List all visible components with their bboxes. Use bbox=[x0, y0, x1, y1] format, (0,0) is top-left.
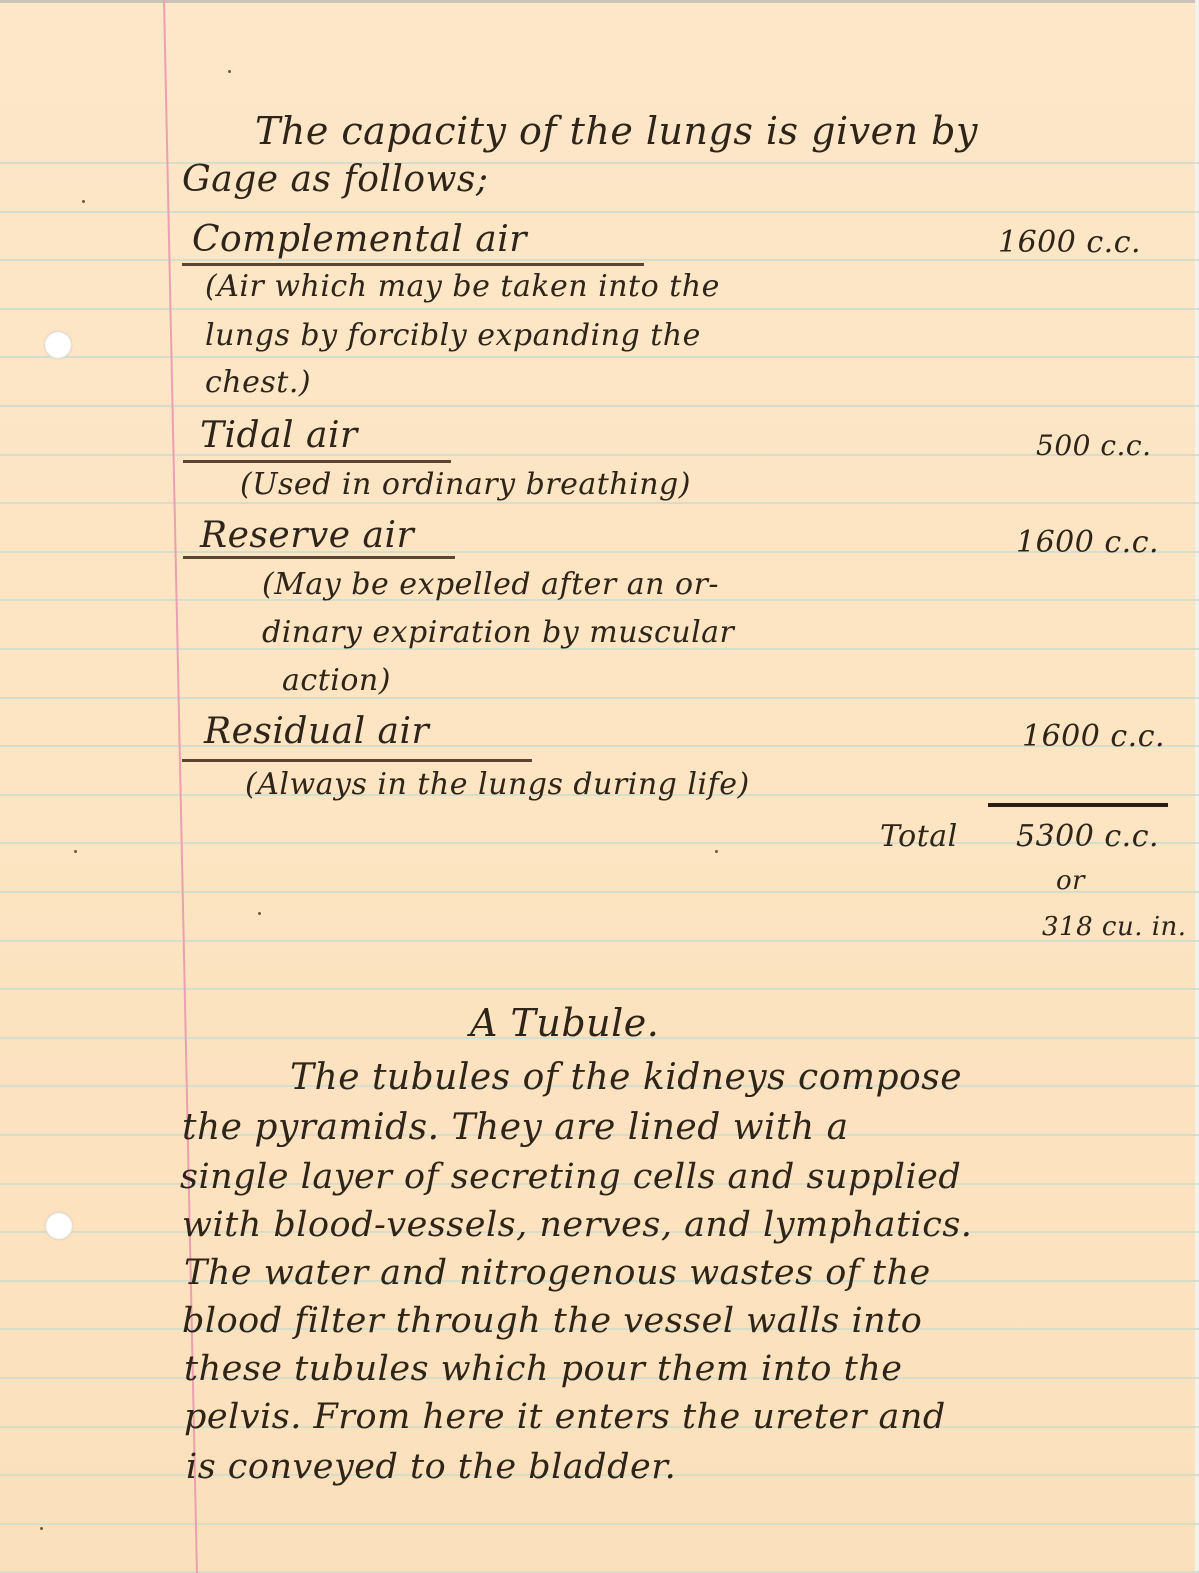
intro-line-2: Gage as follows; bbox=[182, 162, 489, 198]
tubule-line: is conveyed to the bladder. bbox=[186, 1450, 676, 1485]
or-label: or bbox=[1056, 868, 1085, 894]
paper-speck bbox=[82, 200, 85, 203]
item-value-residual: 1600 c.c. bbox=[1022, 722, 1165, 752]
ruled-line bbox=[0, 697, 1199, 699]
punch-hole-bottom bbox=[45, 1212, 73, 1240]
notebook-page: The capacity of the lungs is given by Ga… bbox=[0, 0, 1199, 1573]
total-rule bbox=[988, 803, 1168, 807]
item-value-reserve: 1600 c.c. bbox=[1016, 528, 1159, 558]
ruled-line bbox=[0, 454, 1199, 456]
ruled-line bbox=[0, 940, 1199, 942]
section-title: A Tubule. bbox=[470, 1004, 659, 1042]
ruled-line bbox=[0, 211, 1199, 213]
ruled-line bbox=[0, 502, 1199, 504]
item-desc-line: dinary expiration by muscular bbox=[262, 618, 734, 648]
tubule-line: The tubules of the kidneys compose bbox=[290, 1060, 962, 1096]
item-label-tidal: Tidal air bbox=[200, 418, 358, 454]
item-label-reserve: Reserve air bbox=[200, 518, 414, 554]
paper-speck bbox=[715, 850, 718, 853]
ruled-line bbox=[0, 988, 1199, 990]
item-desc-line: chest.) bbox=[205, 368, 311, 398]
ruled-line bbox=[0, 308, 1199, 310]
paper-speck bbox=[74, 850, 77, 853]
ruled-line bbox=[0, 1523, 1199, 1525]
tubule-line: The water and nitrogenous wastes of the bbox=[184, 1256, 931, 1291]
alt-value: 318 cu. in. bbox=[1042, 914, 1187, 940]
tubule-line: pelvis. From here it enters the ureter a… bbox=[184, 1400, 946, 1435]
total-value: 5300 c.c. bbox=[1016, 822, 1159, 852]
item-desc-line: action) bbox=[282, 666, 391, 696]
paper-speck bbox=[228, 70, 231, 73]
intro-line-1: The capacity of the lungs is given by bbox=[255, 112, 978, 150]
item-label-residual: Residual air bbox=[204, 714, 429, 750]
page-top-edge bbox=[0, 0, 1199, 3]
item-value-complemental: 1600 c.c. bbox=[998, 228, 1141, 258]
paper-speck bbox=[40, 1527, 43, 1530]
tubule-line: the pyramids. They are lined with a bbox=[182, 1110, 849, 1146]
underline bbox=[182, 759, 532, 762]
tubule-line: single layer of secreting cells and supp… bbox=[180, 1160, 961, 1195]
ruled-line bbox=[0, 356, 1199, 358]
item-label-complemental: Complemental air bbox=[192, 222, 527, 258]
page-right-edge bbox=[1195, 0, 1199, 1573]
paper-speck bbox=[258, 912, 261, 915]
item-desc-line: (Always in the lungs during life) bbox=[245, 770, 750, 800]
item-desc-line: (Air which may be taken into the bbox=[205, 272, 720, 302]
underline bbox=[183, 556, 455, 559]
item-desc-line: (Used in ordinary breathing) bbox=[240, 470, 691, 500]
ruled-line bbox=[0, 891, 1199, 893]
ruled-line bbox=[0, 405, 1199, 407]
underline bbox=[183, 460, 451, 463]
tubule-line: with blood-vessels, nerves, and lymphati… bbox=[182, 1208, 972, 1243]
tubule-line: blood filter through the vessel walls in… bbox=[182, 1304, 922, 1339]
item-desc-line: lungs by forcibly expanding the bbox=[205, 321, 701, 351]
item-desc-line: (May be expelled after an or- bbox=[262, 570, 719, 600]
total-label: Total bbox=[880, 822, 958, 852]
punch-hole-top bbox=[44, 331, 72, 359]
tubule-line: these tubules which pour them into the bbox=[184, 1352, 902, 1387]
ruled-line bbox=[0, 162, 1199, 164]
underline bbox=[182, 263, 644, 266]
item-value-tidal: 500 c.c. bbox=[1036, 432, 1152, 460]
